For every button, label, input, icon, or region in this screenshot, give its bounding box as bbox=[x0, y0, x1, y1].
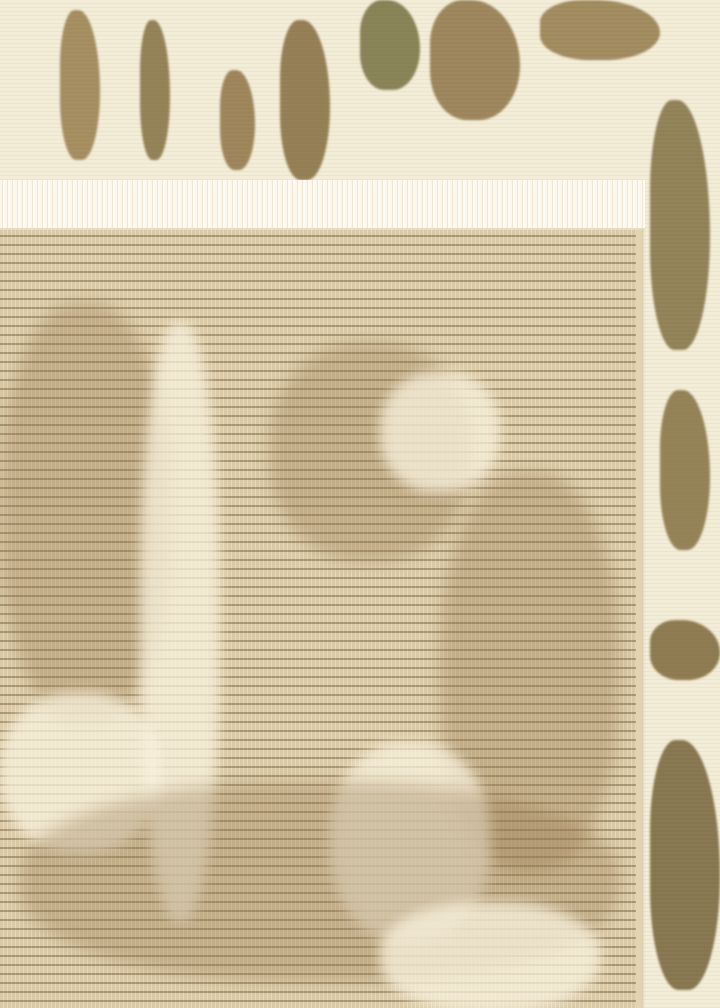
rug-motif bbox=[660, 390, 710, 550]
rug-motif bbox=[650, 620, 720, 680]
rug-motif bbox=[650, 740, 720, 990]
rug-folded-edge bbox=[636, 222, 642, 1008]
rug-motif bbox=[650, 100, 710, 350]
back-highlight bbox=[380, 372, 500, 492]
rug-motif bbox=[140, 20, 170, 160]
rug-back-weave bbox=[0, 222, 640, 1008]
rug-photo: Close-up photo of a distressed overdyed … bbox=[0, 0, 720, 1008]
back-highlight bbox=[380, 902, 600, 1008]
rug-motif bbox=[430, 0, 520, 120]
rug-motif bbox=[60, 10, 100, 160]
rug-motif bbox=[540, 0, 660, 60]
rug-motif bbox=[280, 20, 330, 180]
rug-fringe bbox=[0, 180, 645, 230]
rug-motif bbox=[360, 0, 420, 90]
rug-motif bbox=[220, 70, 255, 170]
